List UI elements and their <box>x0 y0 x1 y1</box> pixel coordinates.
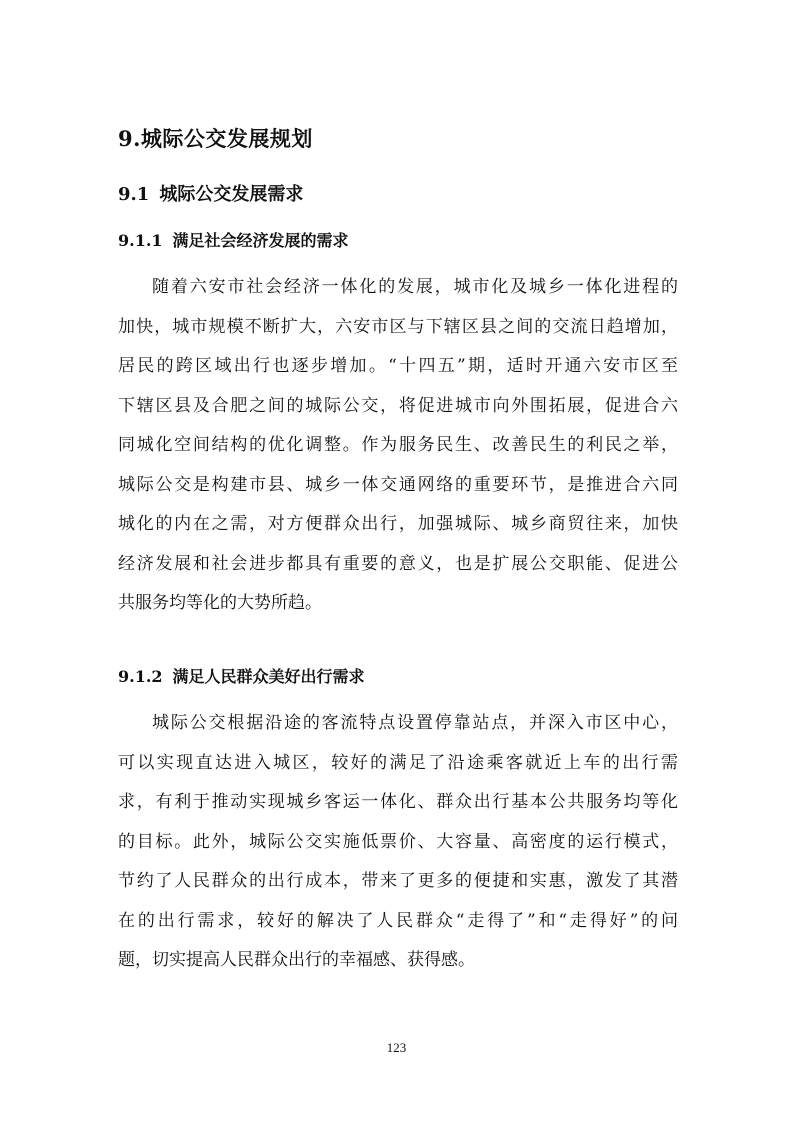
document-page: 9.城际公交发展规划 9.1城际公交发展需求 9.1.1满足社会经济发展的需求 … <box>0 0 793 1122</box>
paragraph-line: 求，有利于推动实现城乡客运一体化、群众出行基本公共服务均等化 <box>118 783 678 823</box>
subsection-heading-9-1-1: 9.1.1满足社会经济发展的需求 <box>118 228 349 251</box>
subsection-title: 满足社会经济发展的需求 <box>173 231 349 250</box>
subsection-heading-9-1-2: 9.1.2满足人民群众美好出行需求 <box>118 664 365 687</box>
paragraph-line: 在的出行需求，较好的解决了人民群众“走得了”和“走得好”的问 <box>118 902 678 942</box>
paragraph-line: 城际公交根据沿途的客流特点设置停靠站点，并深入市区中心， <box>118 704 678 744</box>
paragraph-line: 题，切实提高人民群众出行的幸福感、获得感。 <box>118 941 678 981</box>
section-number: 9.1 <box>118 184 149 205</box>
paragraph-line: 的目标。此外，城际公交实施低票价、大容量、高密度的运行模式， <box>118 823 678 863</box>
subsection-number: 9.1.2 <box>118 667 163 686</box>
subsection-title: 满足人民群众美好出行需求 <box>173 667 365 686</box>
paragraph-line: 同城化空间结构的优化调整。作为服务民生、改善民生的利民之举， <box>118 426 678 466</box>
paragraph-9-1-1: 随着六安市社会经济一体化的发展，城市化及城乡一体化进程的 加快，城市规模不断扩大… <box>118 268 678 624</box>
page-number: 123 <box>0 1040 793 1056</box>
section-title: 城际公交发展需求 <box>159 184 303 205</box>
paragraph-line: 共服务均等化的大势所趋。 <box>118 584 678 624</box>
paragraph-line: 可以实现直达进入城区，较好的满足了沿途乘客就近上车的出行需 <box>118 744 678 784</box>
paragraph-line: 加快，城市规模不断扩大，六安市区与下辖区县之间的交流日趋增加， <box>118 308 678 348</box>
chapter-title: 9.城际公交发展规划 <box>118 123 313 153</box>
paragraph-line: 居民的跨区域出行也逐步增加。“十四五”期，适时开通六安市区至 <box>118 347 678 387</box>
paragraph-line: 下辖区县及合肥之间的城际公交，将促进城市向外围拓展，促进合六 <box>118 387 678 427</box>
paragraph-line: 城化的内在之需，对方便群众出行，加强城际、城乡商贸往来，加快 <box>118 505 678 545</box>
paragraph-line: 经济发展和社会进步都具有重要的意义，也是扩展公交职能、促进公 <box>118 545 678 585</box>
paragraph-line: 城际公交是构建市县、城乡一体交通网络的重要环节，是推进合六同 <box>118 466 678 506</box>
subsection-number: 9.1.1 <box>118 231 163 250</box>
paragraph-line: 随着六安市社会经济一体化的发展，城市化及城乡一体化进程的 <box>118 268 678 308</box>
paragraph-line: 节约了人民群众的出行成本，带来了更多的便捷和实惠，激发了其潜 <box>118 862 678 902</box>
paragraph-9-1-2: 城际公交根据沿途的客流特点设置停靠站点，并深入市区中心， 可以实现直达进入城区，… <box>118 704 678 981</box>
section-heading: 9.1城际公交发展需求 <box>118 180 303 206</box>
